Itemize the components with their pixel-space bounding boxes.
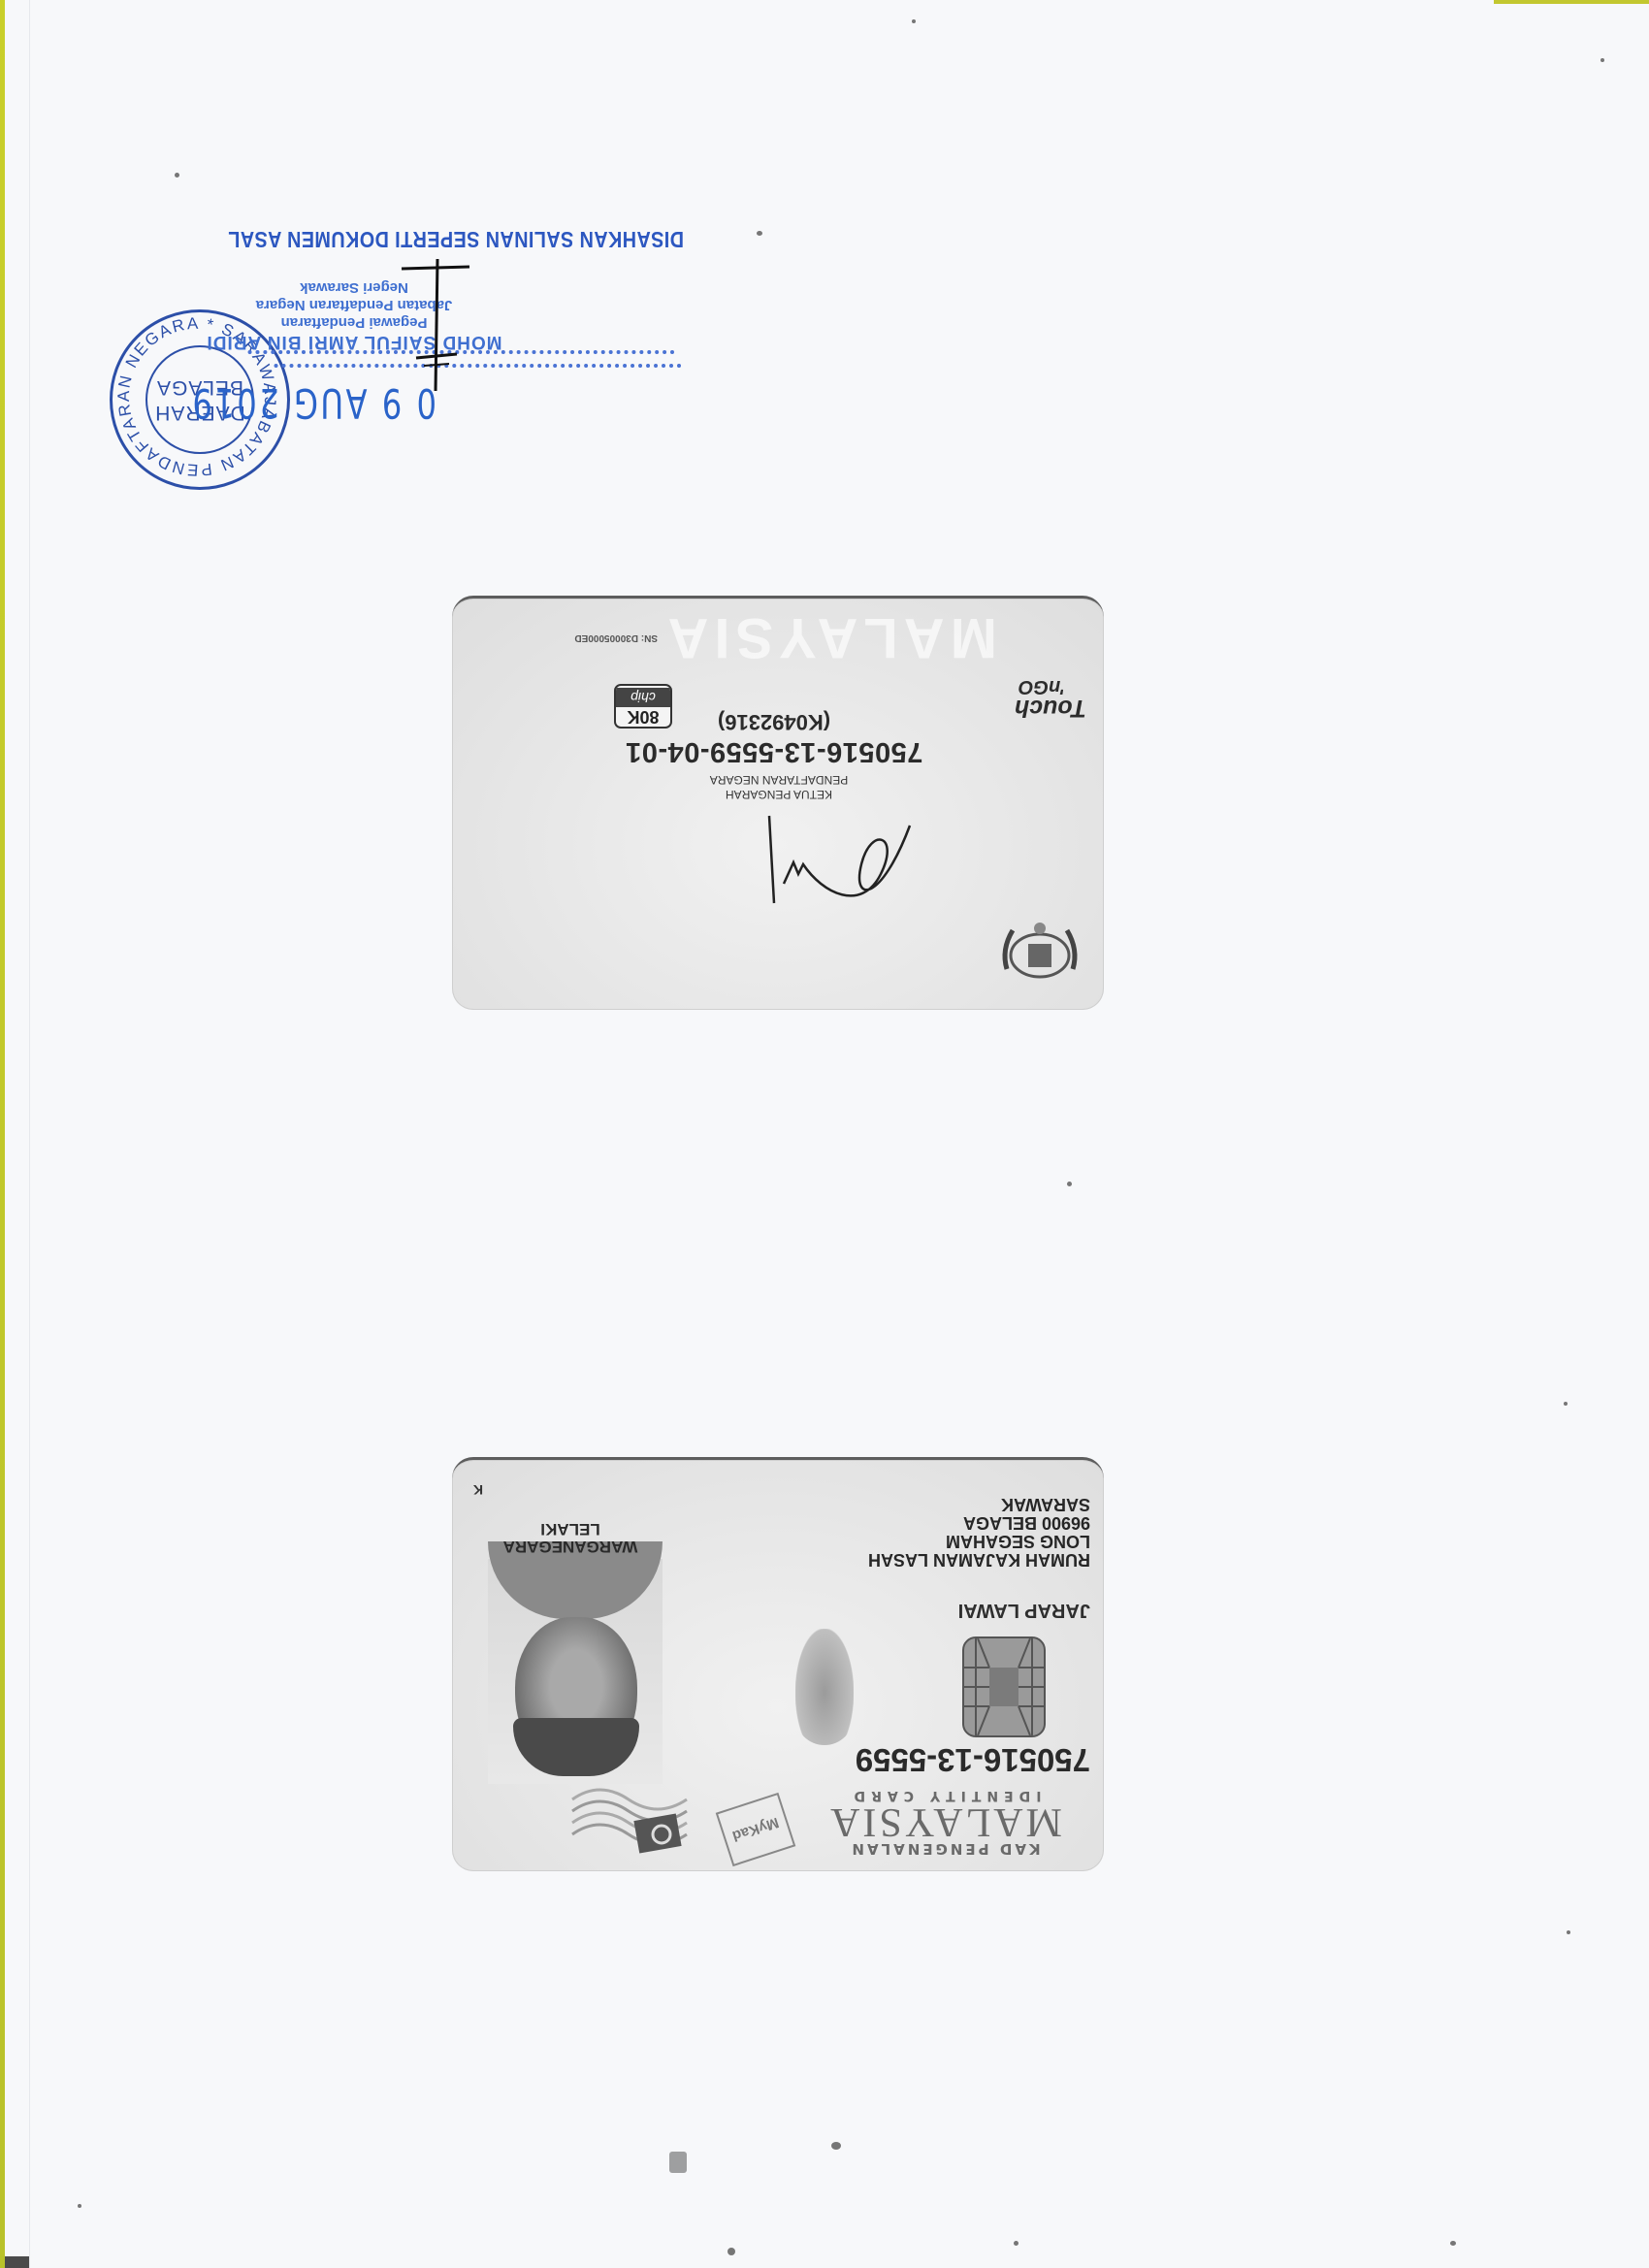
holder-address: RUMAH KAJAMAN LASAH LONG SEGAHAM 96900 B…	[868, 1495, 1090, 1569]
coat-of-arms-icon	[997, 919, 1083, 988]
id-number-front: 750516-13-5559	[856, 1741, 1090, 1778]
holder-name: JARAP LAWAI	[958, 1599, 1090, 1621]
scan-speck	[831, 2142, 841, 2150]
card-title: KAD PENGENALAN MALAYSIA IDENTITY CARD	[799, 1788, 1090, 1858]
initial-signature-mark	[397, 257, 474, 393]
officer-name: MOHD SAIFUL AMRI BIN ARIDI	[150, 331, 558, 352]
certification-text: DISAHKAN SALINAN SEPERTI DOKUMEN ASAL	[228, 226, 684, 252]
dotted-rule	[274, 360, 681, 368]
scan-speck	[727, 2248, 735, 2255]
mykad-logo: MyKad	[716, 1793, 796, 1866]
chip-label: chip	[616, 688, 670, 707]
officer-details: MOHD SAIFUL AMRI BIN ARIDI Pegawai Penda…	[150, 278, 558, 352]
scan-edge-top	[1494, 0, 1649, 4]
id-card-front: KAD PENGENALAN MALAYSIA IDENTITY CARD My…	[452, 1457, 1104, 1871]
scan-speck	[1014, 2241, 1018, 2246]
page-fold-line	[29, 0, 30, 2268]
signer-title: KETUA PENGARAH PENDAFTARAN NEGARA	[663, 772, 895, 801]
chip-contacts	[964, 1638, 1044, 1735]
scan-speck	[1450, 2241, 1456, 2246]
citizenship-status: WARGANEGARA	[478, 1538, 663, 1555]
id-card-back: KETUA PENGARAH PENDAFTARAN NEGARA 750516…	[452, 596, 1104, 1010]
ghost-image	[795, 1629, 854, 1745]
director-signature	[755, 806, 920, 923]
malaysia-flag-icon	[570, 1786, 696, 1863]
scan-speck	[912, 19, 916, 23]
scan-speck	[1564, 1402, 1568, 1406]
address-line: RUMAH KAJAMAN LASAH	[868, 1550, 1090, 1569]
certification-stamp: JABATAN PENDAFTARAN NEGARA * SARAWAK * D…	[102, 209, 684, 500]
photo-hair	[513, 1718, 639, 1776]
citizenship-block: WARGANEGARA LELAKI	[478, 1520, 663, 1555]
officer-department: Jabatan Pendaftaran Negara	[150, 296, 558, 313]
scan-edge-left	[0, 0, 5, 2268]
address-line: LONG SEGAHAM	[868, 1532, 1090, 1550]
signer-title-line1: KETUA PENGARAH	[663, 787, 895, 801]
scan-speck	[78, 2204, 81, 2208]
scan-edge-corner	[5, 2256, 30, 2268]
holder-photo	[488, 1559, 663, 1784]
scan-speck	[757, 231, 762, 236]
gender: LELAKI	[478, 1520, 663, 1538]
id-number-back: 750516-13-5559-04-01	[599, 735, 949, 767]
signer-title-line2: PENDAFTARAN NEGARA	[663, 772, 895, 787]
card-watermark: MALAYSIA	[662, 605, 997, 670]
scan-speck	[1567, 1930, 1570, 1934]
card-code: K	[473, 1482, 483, 1498]
scan-speck	[175, 173, 179, 178]
scan-speck	[1067, 1182, 1072, 1186]
address-line: SARAWAK	[868, 1495, 1090, 1513]
address-line: 96900 BELAGA	[868, 1513, 1090, 1532]
officer-position: Pegawai Pendaftaran	[150, 313, 558, 331]
scan-speck	[1600, 58, 1604, 62]
scan-speck	[669, 2152, 687, 2173]
touch-n-go-logo: Touch 'nGO	[1015, 676, 1086, 719]
chip-capacity-badge: 80K chip	[614, 684, 672, 729]
tng-logo-line1: Touch	[1015, 695, 1086, 722]
smart-chip-icon	[962, 1636, 1046, 1737]
card-serial-number: SN: D30005000ED	[574, 632, 658, 643]
card-title-line2: MALAYSIA	[799, 1803, 1090, 1840]
officer-state: Negeri Sarawak	[150, 278, 558, 296]
chip-capacity: 80K	[616, 707, 670, 727]
